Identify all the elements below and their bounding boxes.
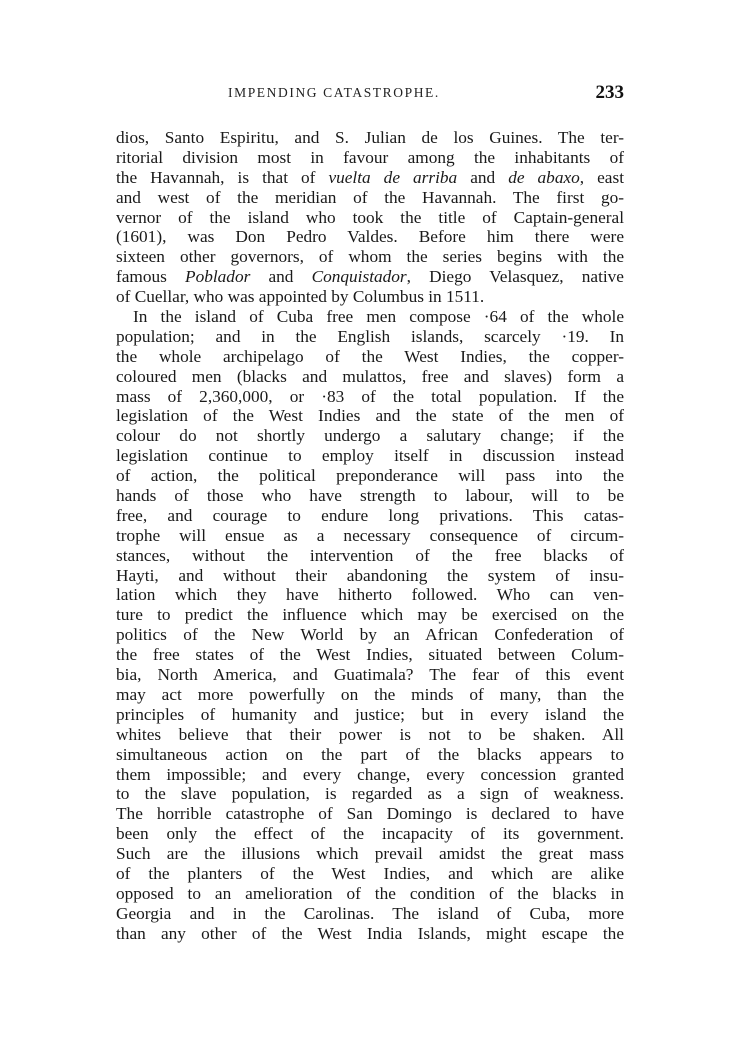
text-line: the Havannah, is that of vuelta de arrib… (116, 168, 624, 188)
page-number: 233 (596, 82, 625, 104)
text-segment: and (250, 267, 311, 286)
text-line: opposed to an amelioration of the condit… (116, 884, 624, 904)
text-segment: opposed to an amelioration of the condit… (116, 884, 624, 903)
text-segment: may act more powerfully on the minds of … (116, 685, 624, 704)
text-line: legislation continue to employ itself in… (116, 446, 624, 466)
text-line: (1601), was Don Pedro Valdes. Before him… (116, 227, 624, 247)
text-line: them impossible; and every change, every… (116, 765, 624, 785)
text-segment: In the island of Cuba free men compose ·… (133, 307, 624, 326)
text-segment: Hayti, and without their abandoning the … (116, 566, 624, 585)
text-segment: famous (116, 267, 185, 286)
text-segment: simultaneous action on the part of the b… (116, 745, 624, 764)
text-line: The horrible catastrophe of San Domingo … (116, 804, 624, 824)
text-segment: of the planters of the West Indies, and … (116, 864, 624, 883)
running-title: Impending Catastrophe. (228, 85, 440, 101)
text-segment: vernor of the island who took the title … (116, 208, 624, 227)
text-line: coloured men (blacks and mulattos, free … (116, 367, 624, 387)
text-segment: of Cuellar, who was appointed by Columbu… (116, 287, 484, 306)
text-line: population; and in the English islands, … (116, 327, 624, 347)
text-segment: , Diego Velasquez, native (407, 267, 624, 286)
text-segment: of action, the political preponderance w… (116, 466, 624, 485)
text-segment: population; and in the English islands, … (116, 327, 624, 346)
text-line: ritorial division most in favour among t… (116, 148, 624, 168)
text-line: may act more powerfully on the minds of … (116, 685, 624, 705)
text-line: Such are the illusions which prevail ami… (116, 844, 624, 864)
text-segment: (1601), was Don Pedro Valdes. Before him… (116, 227, 624, 246)
text-line: dios, Santo Espiritu, and S. Julian de l… (116, 128, 624, 148)
text-line: colour do not shortly undergo a salutary… (116, 426, 624, 446)
body-text: dios, Santo Espiritu, and S. Julian de l… (116, 128, 624, 944)
text-line: bia, North America, and Guatimala? The f… (116, 665, 624, 685)
text-line: the whole archipelago of the West Indies… (116, 347, 624, 367)
text-segment: legislation continue to employ itself in… (116, 446, 624, 465)
text-segment: The horrible catastrophe of San Domingo … (116, 804, 624, 823)
text-line: Georgia and in the Carolinas. The island… (116, 904, 624, 924)
text-segment: bia, North America, and Guatimala? The f… (116, 665, 624, 684)
text-line: politics of the New World by an African … (116, 625, 624, 645)
text-line: simultaneous action on the part of the b… (116, 745, 624, 765)
italic-term: Poblador (185, 267, 250, 286)
text-segment: politics of the New World by an African … (116, 625, 624, 644)
text-line: ture to predict the influence which may … (116, 605, 624, 625)
italic-term: Conquistador (312, 267, 407, 286)
text-line: lation which they have hitherto followed… (116, 585, 624, 605)
text-line: sixteen other governors, of whom the ser… (116, 247, 624, 267)
text-segment: colour do not shortly undergo a salutary… (116, 426, 624, 445)
text-segment: them impossible; and every change, every… (116, 765, 624, 784)
text-segment: ture to predict the influence which may … (116, 605, 624, 624)
text-segment: Georgia and in the Carolinas. The island… (116, 904, 624, 923)
text-segment: stances, without the intervention of the… (116, 546, 624, 565)
text-segment: dios, Santo Espiritu, and S. Julian de l… (116, 128, 624, 147)
text-segment: to the slave population, is regarded as … (116, 784, 624, 803)
text-segment: and (457, 168, 508, 187)
text-segment: the free states of the West Indies, situ… (116, 645, 624, 664)
text-segment: mass of 2,360,000, or ·83 of the total p… (116, 387, 624, 406)
text-segment: whites believe that their power is not t… (116, 725, 624, 744)
text-line: hands of those who have strength to labo… (116, 486, 624, 506)
text-line: of Cuellar, who was appointed by Columbu… (116, 287, 624, 307)
italic-term: vuelta de arriba (328, 168, 457, 187)
text-line: been only the effect of the incapacity o… (116, 824, 624, 844)
text-line: stances, without the intervention of the… (116, 546, 624, 566)
text-segment: lation which they have hitherto followed… (116, 585, 624, 604)
text-line: of the planters of the West Indies, and … (116, 864, 624, 884)
text-segment: principles of humanity and justice; but … (116, 705, 624, 724)
text-segment: sixteen other governors, of whom the ser… (116, 247, 624, 266)
text-line: and west of the meridian of the Havannah… (116, 188, 624, 208)
text-segment: free, and courage to endure long privati… (116, 506, 624, 525)
book-page: Impending Catastrophe. 233 dios, Santo E… (0, 0, 750, 1050)
text-line: mass of 2,360,000, or ·83 of the total p… (116, 387, 624, 407)
text-segment: the whole archipelago of the West Indies… (116, 347, 624, 366)
text-segment: legislation of the West Indies and the s… (116, 406, 624, 425)
text-line: legislation of the West Indies and the s… (116, 406, 624, 426)
text-line: famous Poblador and Conquistador, Diego … (116, 267, 624, 287)
text-line: to the slave population, is regarded as … (116, 784, 624, 804)
text-line: free, and courage to endure long privati… (116, 506, 624, 526)
text-segment: coloured men (blacks and mulattos, free … (116, 367, 624, 386)
text-line: principles of humanity and justice; but … (116, 705, 624, 725)
text-segment: Such are the illusions which prevail ami… (116, 844, 624, 863)
text-segment: trophe will ensue as a necessary consequ… (116, 526, 624, 545)
text-line: of action, the political preponderance w… (116, 466, 624, 486)
text-segment: than any other of the West India Islands… (116, 924, 624, 943)
text-line: In the island of Cuba free men compose ·… (116, 307, 624, 327)
text-line: the free states of the West Indies, situ… (116, 645, 624, 665)
text-segment: , east (580, 168, 624, 187)
italic-term: de abaxo (508, 168, 580, 187)
text-segment: the Havannah, is that of (116, 168, 328, 187)
text-line: vernor of the island who took the title … (116, 208, 624, 228)
text-segment: and west of the meridian of the Havannah… (116, 188, 624, 207)
text-segment: hands of those who have strength to labo… (116, 486, 624, 505)
text-line: Hayti, and without their abandoning the … (116, 566, 624, 586)
text-segment: ritorial division most in favour among t… (116, 148, 624, 167)
text-segment: been only the effect of the incapacity o… (116, 824, 624, 843)
text-line: trophe will ensue as a necessary consequ… (116, 526, 624, 546)
text-line: whites believe that their power is not t… (116, 725, 624, 745)
text-line: than any other of the West India Islands… (116, 924, 624, 944)
running-head: Impending Catastrophe. 233 (116, 82, 624, 104)
